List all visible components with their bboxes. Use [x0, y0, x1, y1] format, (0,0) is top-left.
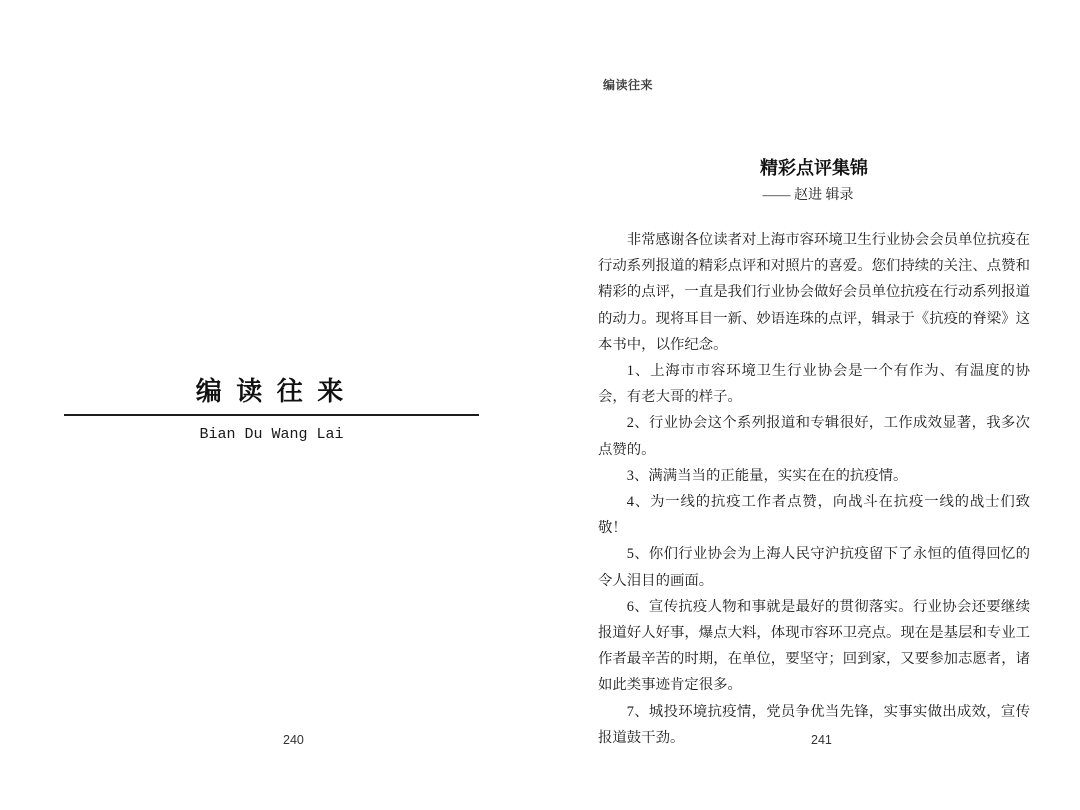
body-paragraph: 2、行业协会这个系列报道和专辑很好，工作成效显著，我多次点赞的。	[598, 410, 1030, 462]
body-paragraph: 6、宣传抗疫人物和事就是最好的贯彻落实。行业协会还要继续报道好人好事，爆点大料，…	[598, 594, 1030, 699]
body-paragraph: 1、上海市市容环境卫生行业协会是一个有作为、有温度的协会，有老大哥的样子。	[598, 358, 1030, 410]
body-paragraph: 非常感谢各位读者对上海市容环境卫生行业协会会员单位抗疫在行动系列报道的精彩点评和…	[598, 227, 1030, 358]
body-paragraph: 4、为一线的抗疫工作者点赞，向战斗在抗疫一线的战士们致敬！	[598, 489, 1030, 541]
article-body: 非常感谢各位读者对上海市容环境卫生行业协会会员单位抗疫在行动系列报道的精彩点评和…	[598, 227, 1030, 751]
body-paragraph: 3、满满当当的正能量，实实在在的抗疫情。	[598, 463, 1030, 489]
section-title-rule	[64, 414, 479, 416]
article-title: 精彩点评集锦	[598, 154, 1030, 180]
right-page-number: 241	[811, 733, 832, 747]
article-byline: —— 赵进 辑录	[598, 184, 1018, 204]
body-paragraph: 5、你们行业协会为上海人民守沪抗疫留下了永恒的值得回忆的令人泪目的画面。	[598, 541, 1030, 593]
book-spread: 编 读 往 来 Bian Du Wang Lai 240 编读往来 精彩点评集锦…	[0, 0, 1080, 810]
running-header: 编读往来	[603, 76, 653, 93]
section-title-pinyin: Bian Du Wang Lai	[64, 426, 479, 443]
section-title: 编 读 往 来	[64, 376, 479, 407]
section-title-block: 编 读 往 来 Bian Du Wang Lai	[64, 376, 479, 443]
left-page-number: 240	[283, 733, 304, 747]
